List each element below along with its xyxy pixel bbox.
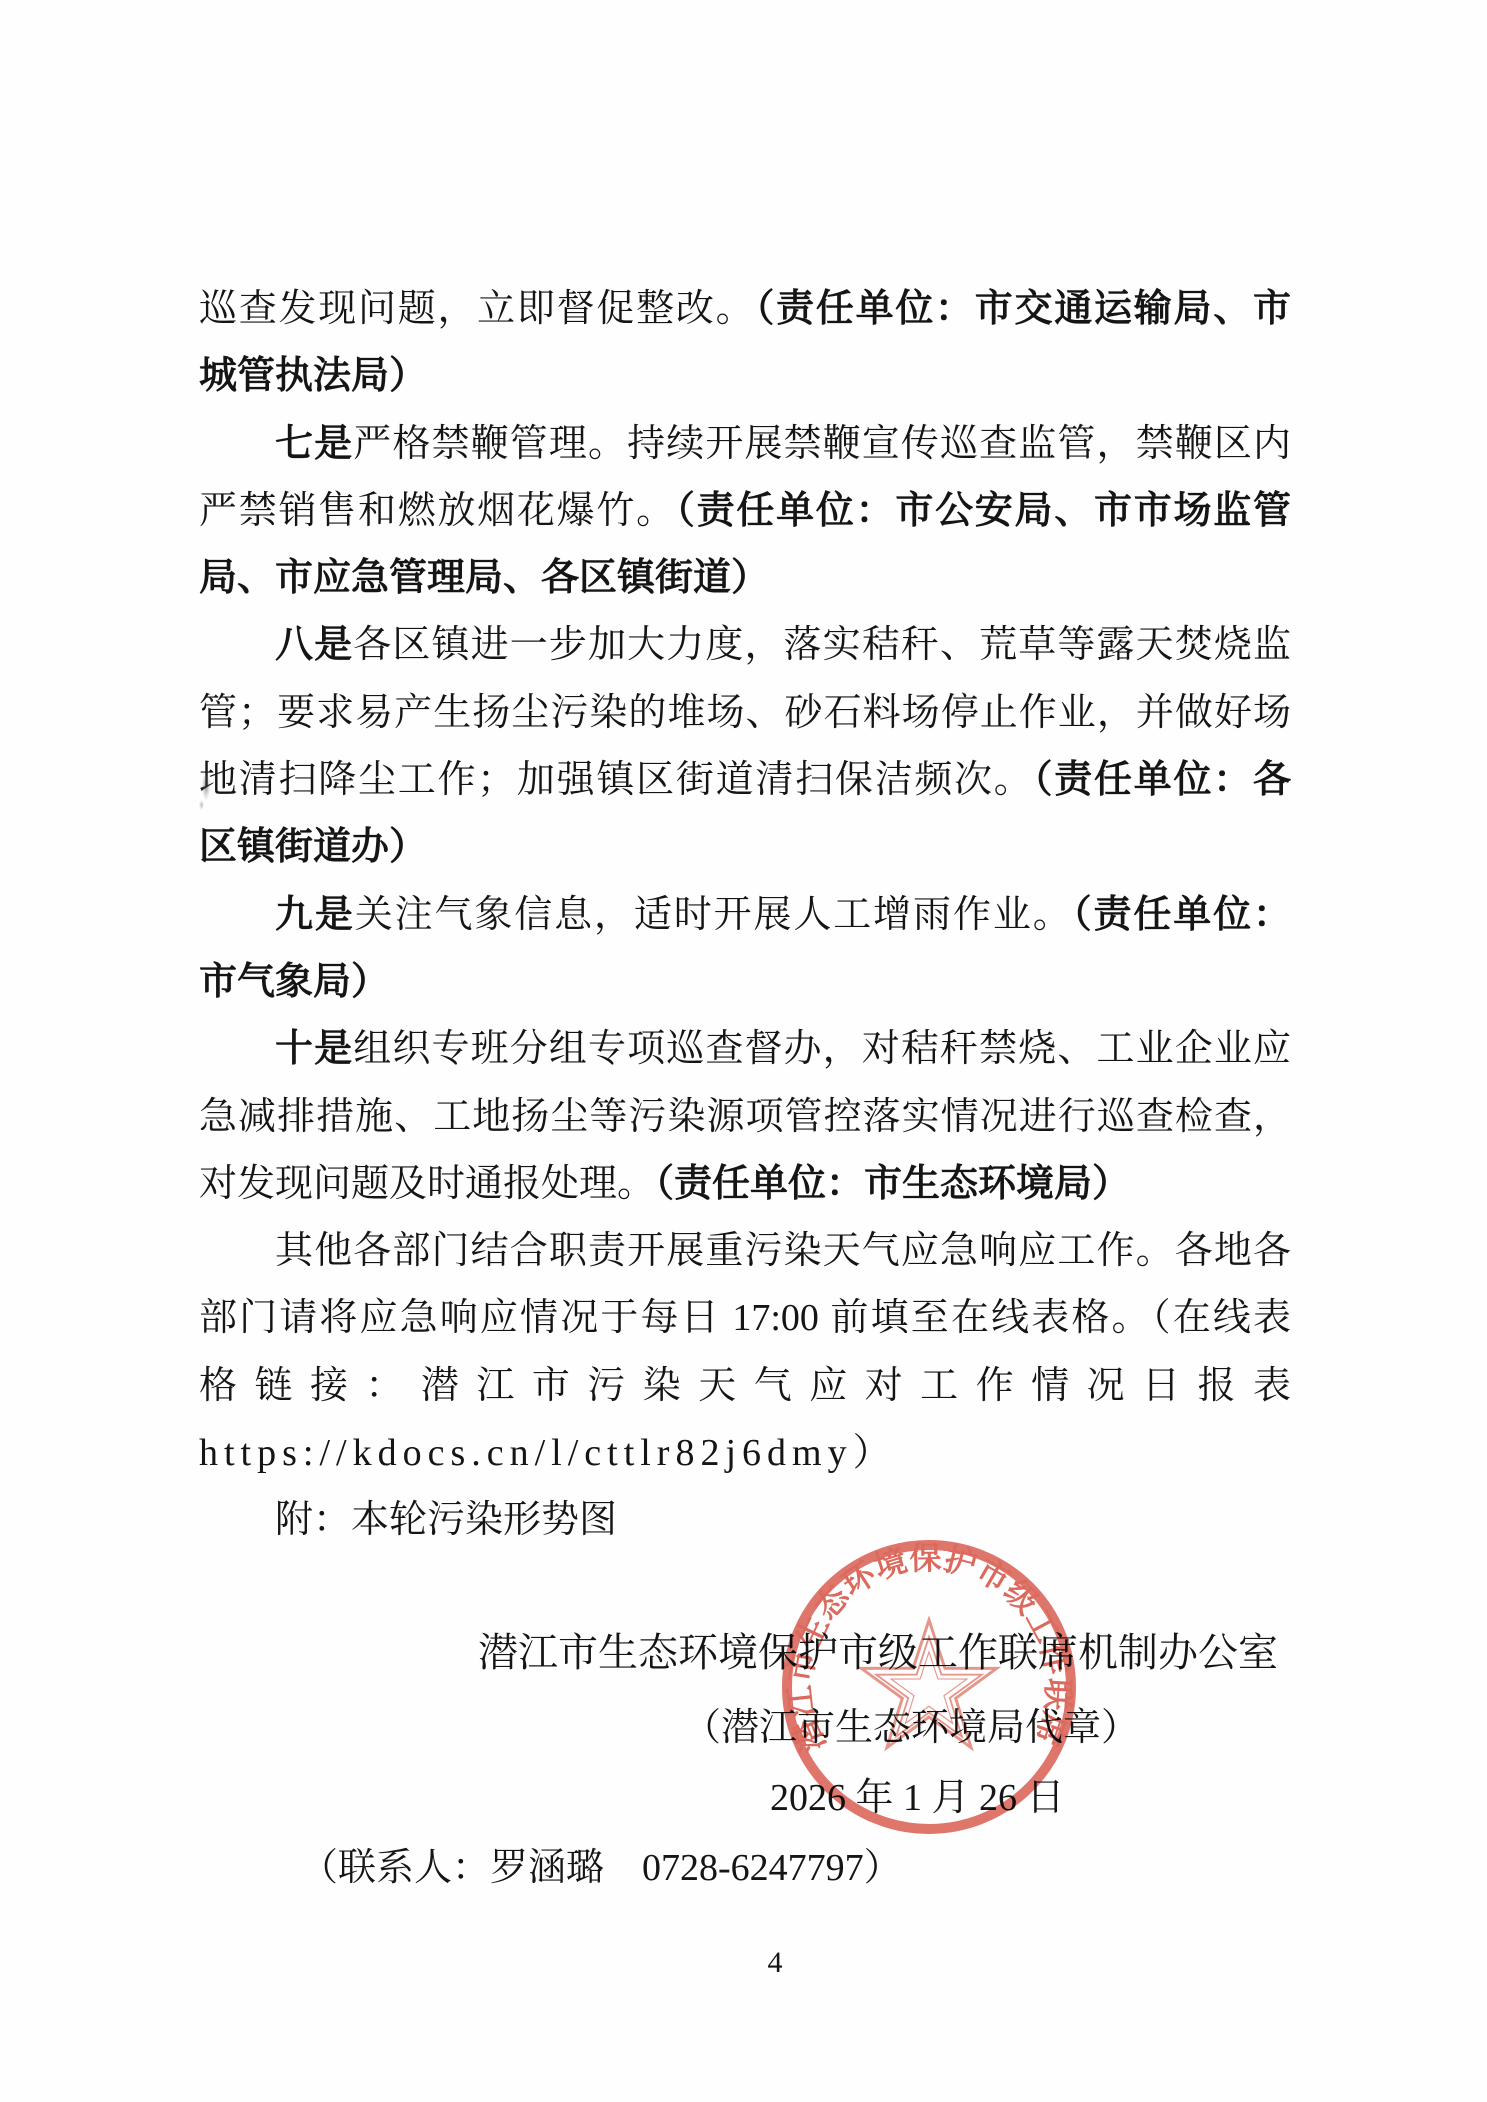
text-segment: 急减排措施、工地扬尘等污染源项管控落实情况进行巡查检查，	[199, 1096, 1291, 1138]
text-segment: 各区镇进一步加大力度，落实秸秆、荒草等露天焚烧监	[353, 624, 1291, 666]
text-segment: 关注气象信息，适时开展人工增雨作业。	[355, 894, 1073, 936]
text-segment: 地清扫降尘工作；加强镇区街道清扫保洁频次。	[199, 759, 1034, 801]
text-segment: https://kdocs.cn/l/cttlr82j6dmy）	[199, 1432, 897, 1474]
document-line: https://kdocs.cn/l/cttlr82j6dmy）	[199, 1420, 1291, 1487]
document-line: 严禁销售和燃放烟花爆竹。（责任单位：市公安局、市市场监管	[199, 478, 1291, 545]
text-segment: 严格禁鞭管理。持续开展禁鞭宣传巡查监管，禁鞭区内	[353, 423, 1291, 465]
page-number: 4	[745, 1946, 805, 1980]
document-line: 地清扫降尘工作；加强镇区街道清扫保洁频次。（责任单位：各	[199, 747, 1291, 814]
document-line: 区镇街道办）	[199, 814, 1291, 881]
bold-text-segment: （责任单位：	[1073, 894, 1291, 936]
document-line: 巡查发现问题，立即督促整改。（责任单位：市交通运输局、市	[199, 276, 1291, 343]
document-line: 城管执法局）	[199, 343, 1291, 410]
document-line: 对发现问题及时通报处理。（责任单位：市生态环境局）	[199, 1151, 1291, 1218]
bold-text-segment: 城管执法局）	[199, 355, 427, 397]
signature-on-behalf: （潜江市生态环境局代章）	[683, 1703, 1139, 1753]
scan-artifact	[199, 800, 204, 810]
document-line: 局、市应急管理局、各区镇街道）	[199, 545, 1291, 612]
document-line: 格链接：潜江市污染天气应对工作情况日报表	[199, 1353, 1291, 1420]
bold-text-segment: （责任单位：各	[1034, 759, 1291, 801]
signature-date: 2026 年 1 月 26 日	[770, 1773, 1065, 1823]
bold-text-segment: （责任单位：市生态环境局）	[655, 1163, 1130, 1205]
text-segment: 严禁销售和燃放烟花爆竹。	[199, 490, 676, 532]
document-line: 八是各区镇进一步加大力度，落实秸秆、荒草等露天焚烧监	[199, 612, 1291, 679]
bold-text-segment: 局、市应急管理局、各区镇街道）	[199, 557, 769, 599]
document-line: 其他各部门结合职责开展重污染天气应急响应工作。各地各	[199, 1218, 1291, 1285]
document-line: 附：本轮污染形势图	[199, 1487, 1291, 1554]
document-page: 巡查发现问题，立即督促整改。（责任单位：市交通运输局、市城管执法局）七是严格禁鞭…	[0, 0, 1487, 2102]
document-line: 七是严格禁鞭管理。持续开展禁鞭宣传巡查监管，禁鞭区内	[199, 411, 1291, 478]
scan-artifact	[202, 772, 210, 800]
text-segment: 巡查发现问题，立即督促整改。	[199, 288, 755, 330]
bold-text-segment: 八是	[275, 624, 353, 666]
text-segment: 组织专班分组专项巡查督办，对秸秆禁烧、工业企业应	[353, 1028, 1291, 1070]
contact-person-line: （联系人：罗涵璐 0728-6247797）	[300, 1843, 902, 1893]
bold-text-segment: 七是	[275, 423, 353, 465]
text-segment: 管；要求易产生扬尘污染的堆场、砂石料场停止作业，并做好场	[199, 692, 1291, 734]
text-segment: 附：本轮污染形势图	[275, 1499, 617, 1541]
text-segment: 部门请将应急响应情况于每日 17:00 前填至在线表格。（在线表	[199, 1297, 1291, 1339]
bold-text-segment: 市气象局）	[199, 961, 389, 1003]
document-line: 部门请将应急响应情况于每日 17:00 前填至在线表格。（在线表	[199, 1285, 1291, 1352]
bold-text-segment: （责任单位：市交通运输局、市	[755, 288, 1291, 330]
signature-office: 潜江市生态环境保护市级工作联席机制办公室	[478, 1628, 1278, 1678]
text-segment: 格链接：潜江市污染天气应对工作情况日报表	[199, 1365, 1291, 1407]
document-body: 巡查发现问题，立即督促整改。（责任单位：市交通运输局、市城管执法局）七是严格禁鞭…	[199, 276, 1291, 1555]
document-line: 九是关注气象信息，适时开展人工增雨作业。（责任单位：	[199, 882, 1291, 949]
bold-text-segment: 九是	[275, 894, 355, 936]
bold-text-segment: 区镇街道办）	[199, 826, 427, 868]
text-segment: 对发现问题及时通报处理。	[199, 1163, 655, 1205]
document-line: 市气象局）	[199, 949, 1291, 1016]
text-segment: 其他各部门结合职责开展重污染天气应急响应工作。各地各	[275, 1230, 1291, 1272]
document-line: 十是组织专班分组专项巡查督办，对秸秆禁烧、工业企业应	[199, 1016, 1291, 1083]
bold-text-segment: 十是	[275, 1028, 353, 1070]
document-line: 急减排措施、工地扬尘等污染源项管控落实情况进行巡查检查，	[199, 1084, 1291, 1151]
document-line: 管；要求易产生扬尘污染的堆场、砂石料场停止作业，并做好场	[199, 680, 1291, 747]
bold-text-segment: （责任单位：市公安局、市市场监管	[676, 490, 1291, 532]
